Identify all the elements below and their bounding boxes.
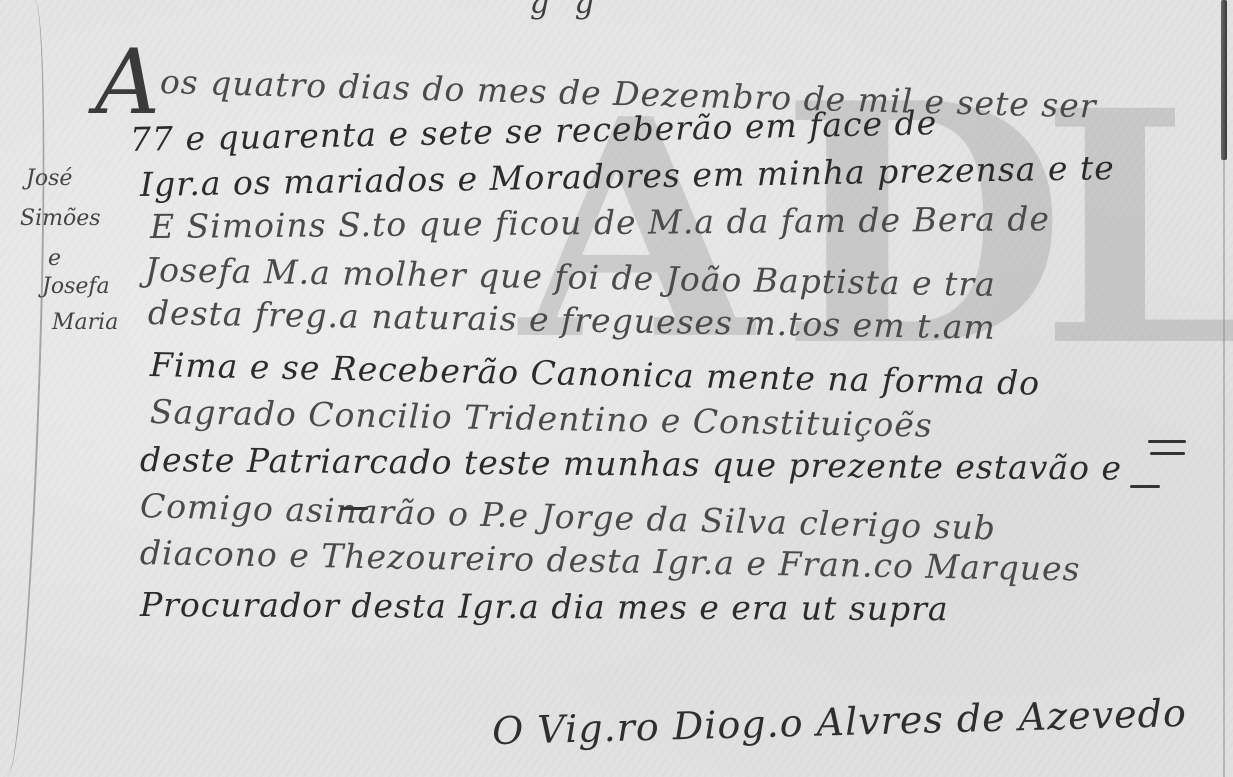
- record-body: os quatro dias do mes de Dezembro de mil…: [0, 0, 1233, 777]
- manuscript-page: A D L g g A José Simões e Josefa Maria o…: [0, 0, 1233, 777]
- record-line: Procurador desta Igr.a dia mes e era ut …: [140, 585, 949, 628]
- line-filler-stroke: [340, 507, 368, 510]
- record-line: Igr.a os mariados e Moradores em minha p…: [140, 148, 1115, 204]
- record-line: deste Patriarcado teste munhas que preze…: [140, 440, 1122, 488]
- line-filler-stroke: [1148, 440, 1186, 443]
- line-filler-stroke: [1150, 452, 1185, 455]
- record-line: 77 e quarenta e sete se receberão em fac…: [130, 103, 938, 159]
- line-filler-stroke: [1130, 485, 1160, 488]
- record-line: Sagrado Concilio Tridentino e Constituiç…: [150, 392, 933, 445]
- record-line: E Simoins S.to que ficou de M.a da fam d…: [150, 199, 1050, 246]
